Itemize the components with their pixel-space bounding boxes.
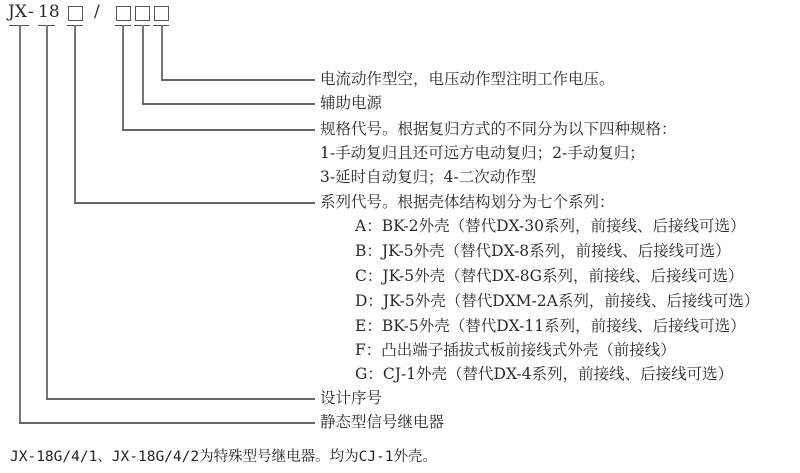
series-item-b: B：JK-5外壳（替代DX-8系列，前接线、后接线可选） [355, 241, 731, 261]
code-number: 18 [38, 2, 60, 22]
code-dash: - [28, 2, 34, 22]
leader-vertical-box3 [142, 25, 144, 104]
label-box3-aux-power: 辅助电源 [320, 93, 382, 113]
footnote: JX-18G/4/1、JX-18G/4/2为特殊型号继电器。均为CJ-1外壳。 [10, 445, 437, 466]
leader-vertical-box2 [122, 25, 124, 130]
label-box2-spec-line3: 3-延时自动复归；4-二次动作型 [320, 167, 536, 187]
code-slash: / [94, 2, 100, 22]
series-item-g: G：CJ-1外壳（替代DX-4系列，前接线、后接线可选） [355, 364, 733, 384]
leader-horizontal-number [46, 398, 315, 400]
series-item-e: E：BK-5外壳（替代DX-11系列，前接线、后接线可选） [355, 316, 746, 336]
leader-vertical-box4 [161, 25, 163, 80]
code-box-4 [154, 6, 169, 21]
leader-horizontal-box1 [74, 202, 315, 204]
series-item-c: C：JK-5外壳（替代DX-8G系列，前接线、后接线可选） [355, 266, 744, 286]
series-item-a: A：BK-2外壳（替代DX-30系列，前接线、后接线可选） [355, 216, 746, 236]
label-box2-spec-line2: 1-手动复归且还可远方电动复归；2-手动复归； [320, 143, 645, 163]
code-box-3 [135, 6, 150, 21]
label-design-number: 设计序号 [320, 388, 382, 408]
code-box-2 [116, 6, 131, 21]
leader-horizontal-box4 [161, 79, 315, 81]
label-box4-voltage: 电流动作型空，电压动作型注明工作电压。 [320, 69, 615, 89]
label-box2-spec-code: 规格代号。根据复归方式的不同分为以下四种规格： [320, 119, 677, 139]
leader-vertical-number [46, 25, 48, 399]
code-box-1 [68, 6, 83, 21]
label-box1-series-code: 系列代号。根据壳体结构划分为七个系列： [320, 192, 615, 212]
leader-vertical-prefix [19, 25, 21, 423]
leader-horizontal-box3 [142, 103, 315, 105]
leader-horizontal-prefix [19, 422, 315, 424]
leader-vertical-box1 [74, 25, 76, 203]
series-item-f: F：凸出端子插拔式板前接线式外壳（前接线） [355, 340, 676, 360]
code-prefix: JX [8, 2, 27, 22]
leader-horizontal-box2 [122, 129, 315, 131]
label-relay-type: 静态型信号继电器 [320, 412, 444, 432]
series-item-d: D：JK-5外壳（替代DXM-2A系列，前接线、后接线可选） [355, 291, 759, 311]
